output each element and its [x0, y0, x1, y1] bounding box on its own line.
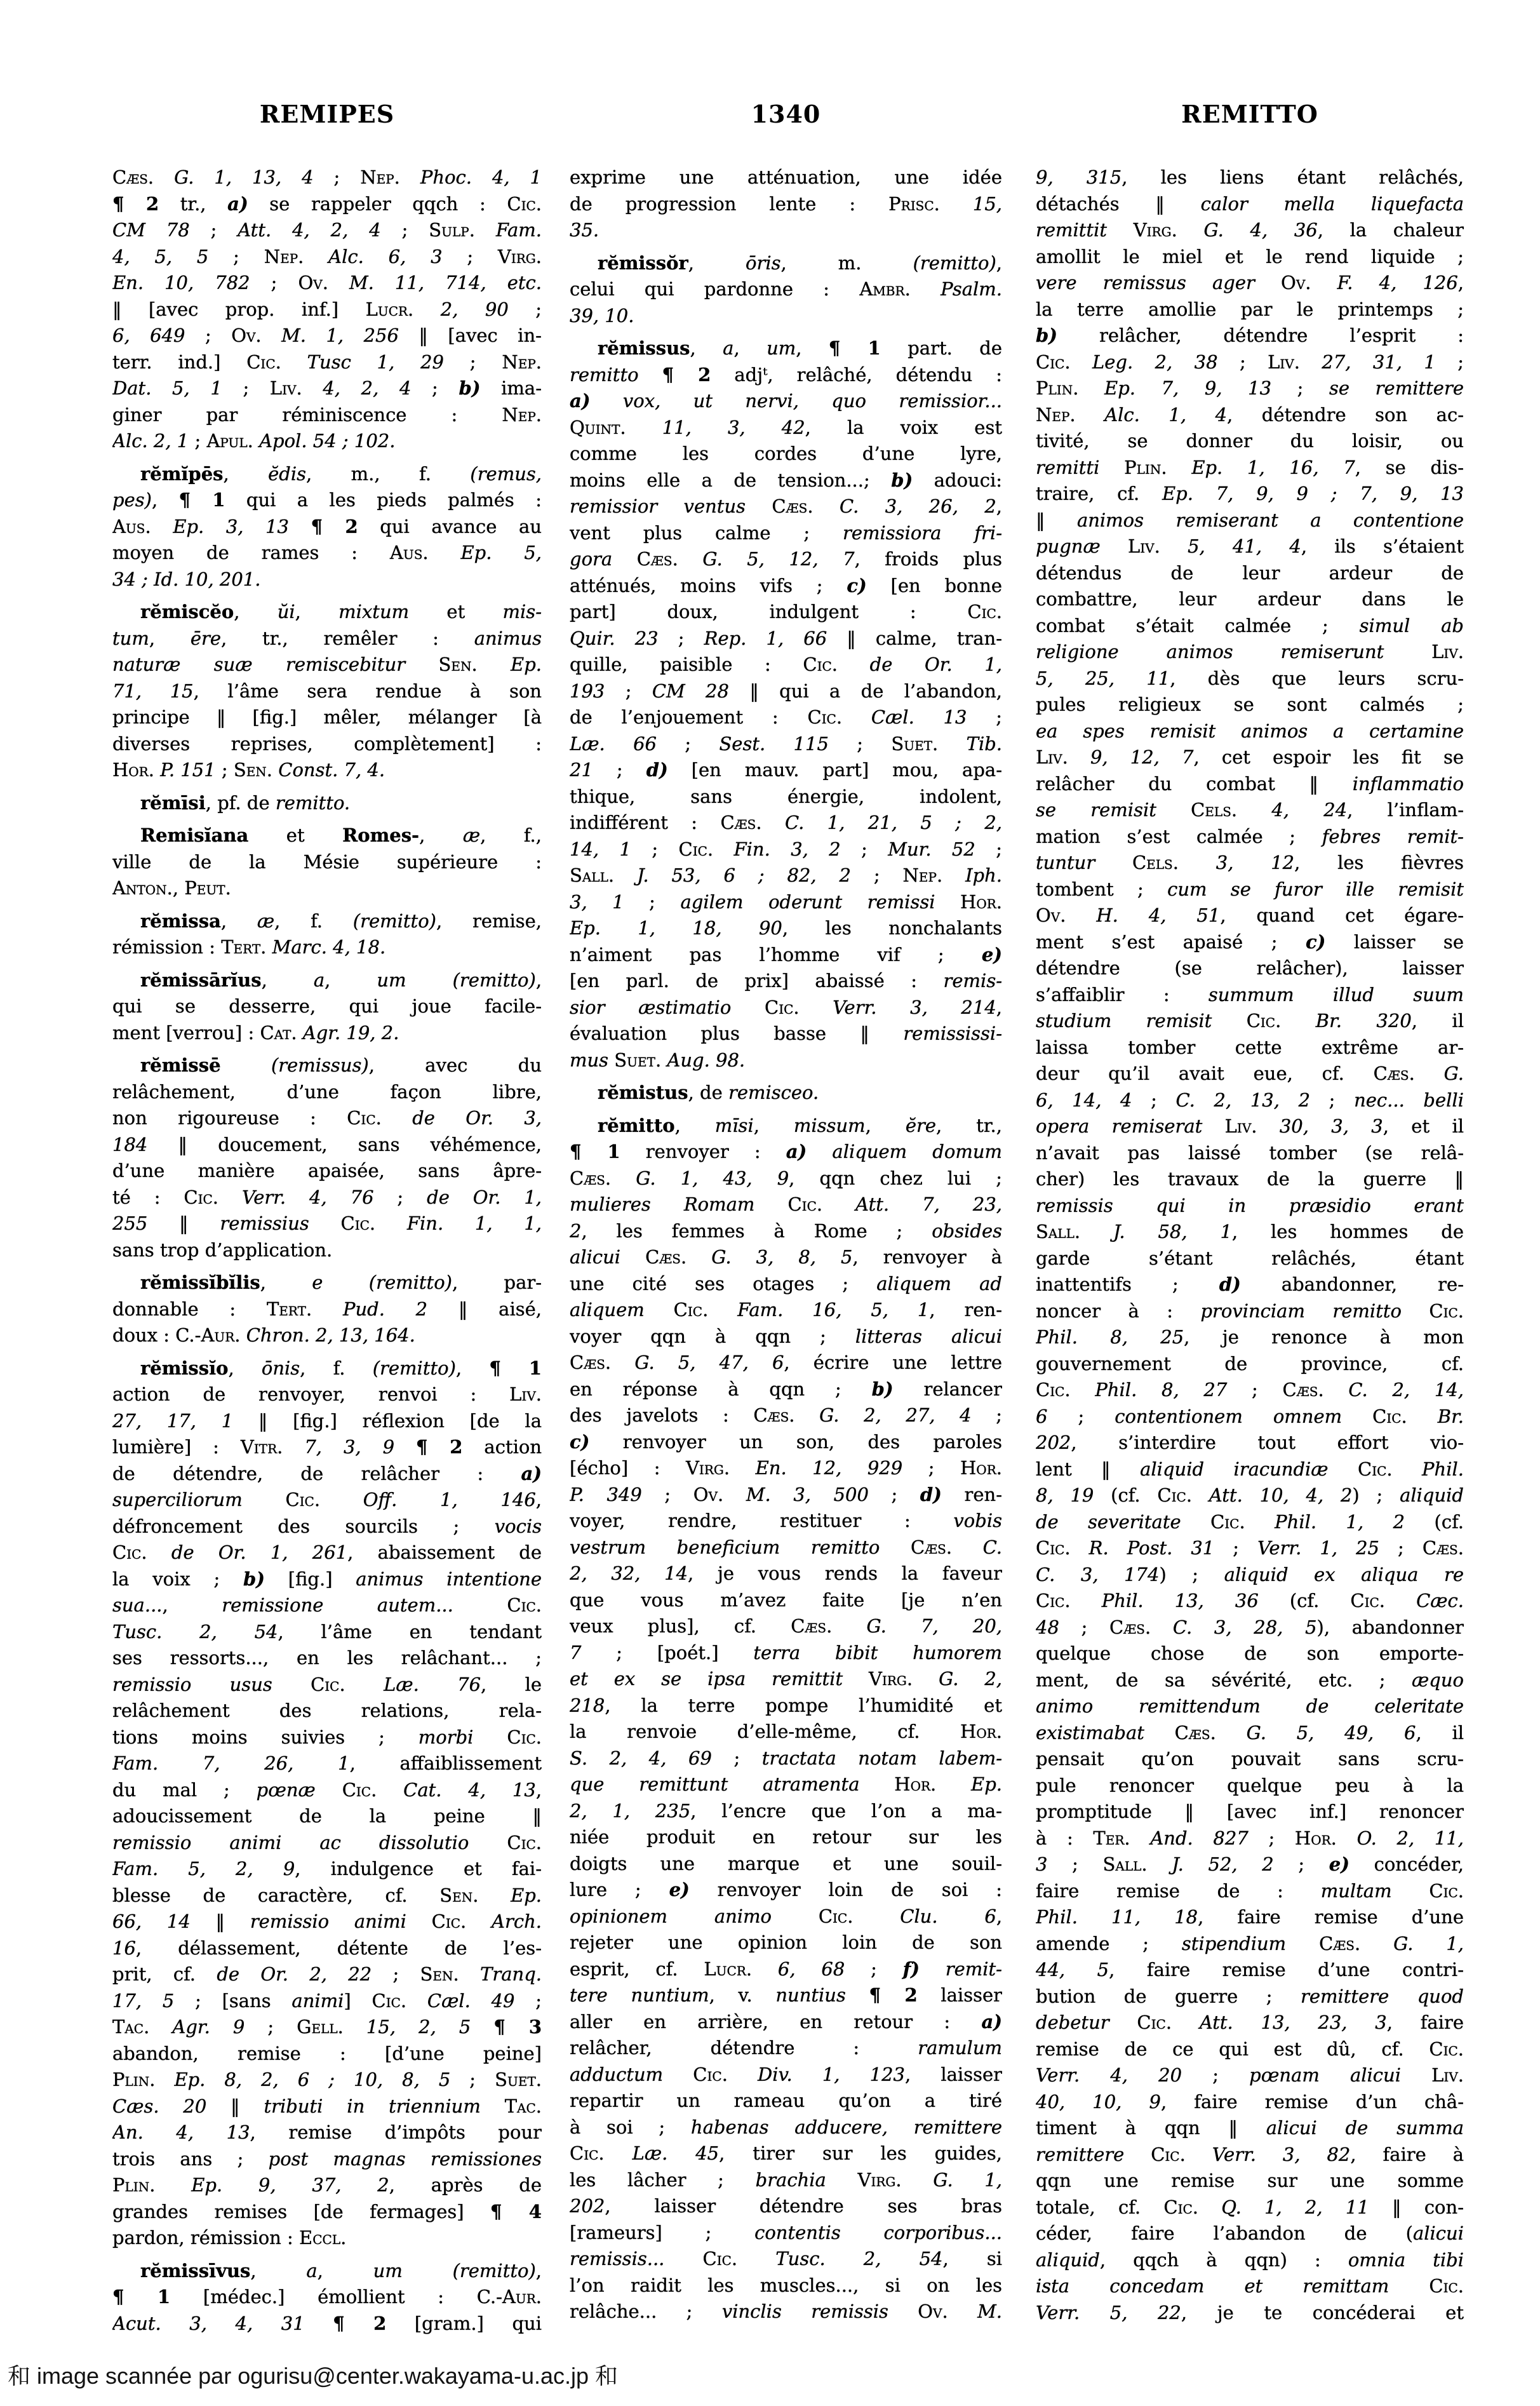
text-run: ;: [593, 759, 646, 781]
dictionary-entry: rĕmitto, mīsi, missum, ĕre, tr.,¶ 1 renv…: [570, 1113, 1002, 2325]
text-run: ,: [173, 877, 184, 899]
text-run: , m., f.: [306, 463, 470, 485]
entry-line: tombent ; cum se furor ille remisit: [1036, 877, 1464, 903]
text-run: [1237, 799, 1271, 821]
bold-text-run: Romes-: [342, 824, 419, 846]
entry-line: c) renvoyer un son, des paroles: [570, 1429, 1002, 1456]
italic-text-run: que remittunt atramenta: [570, 1773, 859, 1795]
italic-text-run: Fam.: [496, 219, 542, 241]
bold-text-run: rĕmissŏr: [598, 252, 688, 274]
entry-line: part] doux, indulgent : Cic.: [570, 599, 1002, 626]
entry-line: une cité ses otages ; aliquem ad: [570, 1271, 1002, 1298]
text-run: ,: [260, 1272, 312, 1293]
text-run: , je vous rends la faveur: [688, 1563, 1002, 1584]
entry-line: timent à qqn ‖ alicui de summa: [1036, 2115, 1464, 2142]
text-run: [605, 2142, 633, 2164]
dictionary-entry: Cæs. G. 1, 13, 4 ; Nep. Phoc. 4, 1¶ 2 tr…: [112, 165, 542, 455]
text-run: pardon, rémission :: [112, 2227, 299, 2248]
text-run: l’on raidit les muscles..., si on les: [570, 2275, 1002, 2296]
text-run: [155, 2174, 191, 2196]
italic-text-run: æ: [463, 824, 480, 846]
text-run: totale, cf.: [1036, 2196, 1163, 2218]
text-run: [406, 969, 453, 991]
text-run: [948, 2301, 977, 2322]
entry-line: pule renoncer quelque peu à la: [1036, 1773, 1464, 1799]
author-abbreviation: Cels.: [1191, 799, 1237, 821]
text-run: ;: [1271, 377, 1329, 399]
text-run: ,: [996, 997, 1002, 1018]
entry-line: 6, 649 ; Ov. M. 1, 256 ‖ [avec in-: [112, 323, 542, 349]
entry-line: de détendre, de relâcher : a): [112, 1461, 542, 1488]
italic-text-run: Att. 7, 23,: [855, 1193, 1002, 1215]
text-run: céder, faire l’abandon de (: [1036, 2222, 1413, 2244]
text-run: [1095, 852, 1132, 873]
left-guide-word: REMIPES: [112, 99, 542, 130]
entry-line: remissis qui in præsidio erant: [1036, 1193, 1464, 1220]
entry-line: remitto ¶ 2 adjᵗ, relâché, détendu :: [570, 362, 1002, 389]
italic-text-run: Tranq.: [480, 1963, 542, 1985]
text-column-3: 9, 315, les liens étant relâchés,détaché…: [1036, 165, 1464, 2326]
text-run: [846, 1984, 869, 2006]
italic-text-run: Cæl. 13: [871, 706, 967, 728]
italic-text-run: Verr. 4, 20: [1036, 2064, 1182, 2086]
text-run: [344, 2016, 366, 2038]
italic-text-run: 27, 31, 1: [1322, 351, 1435, 373]
text-run: action de renvoyer, renvoi :: [112, 1383, 509, 1405]
author-abbreviation: Tert.: [267, 1298, 312, 1320]
text-run: inattentifs ;: [1036, 1274, 1219, 1295]
text-run: , les liens étant relâchés,: [1122, 166, 1464, 188]
author-abbreviation: Cat.: [260, 1022, 297, 1044]
entry-line: ville de la Mésie supérieure :: [112, 849, 542, 876]
italic-text-run: remittere: [1036, 2144, 1124, 2165]
text-run: ;: [444, 351, 502, 373]
text-run: ;: [972, 1404, 1002, 1426]
text-run: [1177, 219, 1204, 241]
text-run: [853, 1905, 900, 1927]
entry-line: relâcher du combat ‖ inflammatio: [1036, 771, 1464, 798]
italic-text-run: remittere quod: [1301, 1986, 1464, 2007]
entry-line: 2, 1, 235, l’encre que l’on a ma-: [570, 1798, 1002, 1825]
text-run: part] doux, indulgent :: [570, 601, 967, 622]
italic-text-run: se remisit: [1036, 799, 1156, 821]
entry-line: 9, 315, les liens étant relâchés,: [1036, 165, 1464, 191]
italic-text-run: naturæ suæ remiscebitur: [112, 654, 405, 675]
italic-text-run: ŭi: [278, 601, 295, 622]
entry-line: 2, les femmes à Rome ; obsides: [570, 1218, 1002, 1245]
text-run: ,: [295, 601, 339, 622]
text-run: [661, 1049, 667, 1071]
italic-text-run: um: [377, 969, 406, 991]
text-run: ;: [1047, 1406, 1115, 1427]
text-run: , affaiblissement: [350, 1752, 542, 1774]
text-run: , écrire une lettre: [784, 1352, 1002, 1373]
text-run: [309, 1213, 341, 1234]
italic-text-run: G. 2, 27, 4: [819, 1404, 971, 1426]
text-run: ;: [624, 891, 681, 913]
text-run: ;: [1274, 1853, 1329, 1875]
text-run: , les hommes de: [1232, 1221, 1464, 1242]
entry-line: veux plus], cf. Cæs. G. 7, 20,: [570, 1613, 1002, 1640]
text-run: [151, 516, 173, 537]
text-run: , les nonchalants: [782, 917, 1002, 939]
author-abbreviation: Cic.: [819, 1905, 854, 1927]
entry-headword-line: rĕmiscĕo, ŭi, mixtum et mis-: [112, 599, 542, 626]
entry-line: tuntur Cels. 3, 12, les fièvres: [1036, 850, 1464, 877]
text-run: [155, 2069, 174, 2090]
text-run: voyer qqn à qqn ;: [570, 1326, 855, 1347]
italic-text-run: Ep.: [511, 654, 542, 675]
entry-line: trois ans ; post magnas remissiones: [112, 2146, 542, 2173]
bold-text-run: ¶ 2: [662, 364, 711, 386]
italic-text-run: remisceo.: [728, 1082, 819, 1103]
bold-text-run: rĕmĭpēs: [140, 463, 224, 485]
entry-line: niée produit en retour sur les: [570, 1824, 1002, 1851]
text-run: [1160, 535, 1188, 557]
author-abbreviation: Nep.: [1036, 404, 1076, 426]
text-run: , après de: [389, 2174, 542, 2196]
text-run: ,: [536, 1489, 542, 1510]
text-run: ,: [866, 1115, 906, 1136]
dictionary-entry: rĕmissĭo, ōnis, f. (remitto), ¶ 1action …: [112, 1355, 542, 2252]
text-run: exprime une atténuation, une idée: [570, 166, 1002, 188]
entry-line: du mal ; pœnæ Cic. Cat. 4, 13,: [112, 1777, 542, 1804]
entry-line: donnable : Tert. Pud. 2 ‖ aisé,: [112, 1296, 542, 1323]
entry-line: opera remiserat Liv. 30, 3, 3, et il: [1036, 1113, 1464, 1140]
entry-headword-line: rĕmistus, de remisceo.: [570, 1080, 1002, 1106]
italic-text-run: Att. 13, 23, 3: [1200, 2012, 1387, 2033]
author-abbreviation: Nep.: [360, 166, 400, 188]
text-run: [838, 654, 870, 675]
text-run: [762, 812, 785, 833]
italic-text-run: Acut. 3, 4, 31: [112, 2313, 305, 2334]
author-abbreviation: Cæs.: [772, 495, 813, 517]
text-run: qui a les pieds palmés :: [225, 489, 542, 511]
entry-line: Dat. 5, 1 ; Liv. 4, 2, 4 ; b) ima-: [112, 375, 542, 402]
text-run: [1148, 1853, 1172, 1875]
text-run: ,: [456, 1357, 489, 1379]
italic-text-run: 71, 15: [112, 680, 194, 702]
italic-text-run: And. 827: [1150, 1827, 1248, 1849]
entry-line: tions moins suivies ; morbi Cic.: [112, 1724, 542, 1751]
entry-line: 14, 1 ; Cic. Fin. 3, 2 ; Mur. 52 ;: [570, 837, 1002, 863]
text-run: , quand cet égare-: [1220, 904, 1464, 926]
author-abbreviation: Nep.: [502, 404, 542, 426]
text-run: ment [verrou] :: [112, 1022, 260, 1044]
text-run: , renvoyer à: [852, 1246, 1002, 1268]
text-run: , f.: [300, 1357, 373, 1379]
text-run: tivité, se donner du loisir, ou: [1036, 430, 1464, 452]
entry-line: ‖ [avec prop. inf.] Lucr. 2, 90 ;: [112, 297, 542, 323]
entry-line: ses ressorts..., en les relâchant... ;: [112, 1645, 542, 1672]
author-abbreviation: Cæs.: [645, 1246, 686, 1268]
bold-text-run: ¶ 2: [333, 2313, 386, 2334]
text-run: , faire remise d’une contri-: [1109, 1959, 1464, 1980]
text-run: , faire: [1387, 2012, 1464, 2033]
text-run: indifférent :: [570, 812, 720, 833]
italic-text-run: 27, 17, 1: [112, 1410, 233, 1432]
author-abbreviation: Cic.: [507, 1594, 542, 1616]
italic-text-run: 14, 1: [570, 838, 631, 860]
text-run: [1144, 1722, 1175, 1744]
text-run: [281, 351, 307, 373]
author-abbreviation: Hor.: [960, 891, 1002, 913]
text-run: pensait qu’on pouvait sans scru-: [1036, 1748, 1464, 1770]
italic-text-run: sior æstimatio: [570, 997, 731, 1018]
text-run: [1311, 272, 1337, 293]
author-abbreviation: Prisc.: [888, 193, 940, 215]
text-run: des javelots :: [570, 1404, 753, 1426]
entry-line: cher) les travaux de la guerre ‖: [1036, 1166, 1464, 1193]
italic-text-run: Phil. 1, 2: [1275, 1511, 1405, 1533]
text-run: [723, 1484, 746, 1505]
text-run: [429, 542, 461, 563]
entry-line: relâchement des relations, rela-: [112, 1698, 542, 1724]
italic-text-run: R. Post. 31: [1089, 1537, 1215, 1559]
entry-line: Alc. 2, 1 ; Apul. Apol. 54 ; 102.: [112, 428, 542, 455]
text-run: , remise,: [436, 910, 542, 932]
text-run: ses ressorts..., en les relâchant... ;: [112, 1647, 542, 1669]
text-run: [1342, 1406, 1372, 1427]
italic-text-run: Cæl. 49: [427, 1990, 515, 2012]
text-run: [469, 1832, 507, 1853]
author-abbreviation: Hor.: [1295, 1827, 1337, 1849]
italic-text-run: 4, 24: [1271, 799, 1347, 821]
text-run: [253, 430, 259, 452]
text-run: ,: [754, 1115, 794, 1136]
italic-text-run: 34 ; Id. 10, 201.: [112, 568, 260, 590]
entry-line: rémission : Tert. Marc. 4, 18.: [112, 934, 542, 961]
entry-line: 21 ; d) [en mauv. part] mou, apa-: [570, 757, 1002, 784]
bold-text-run: a): [570, 390, 591, 412]
italic-text-run: missum: [794, 1115, 866, 1136]
entry-line: tum, ēre, tr., remêler : animus: [112, 626, 542, 652]
entry-line: 255 ‖ remissius Cic. Fin. 1, 1,: [112, 1211, 542, 1237]
entry-line: Cic. de Or. 1, 261, abaissement de: [112, 1540, 542, 1566]
author-abbreviation: Cic.: [1372, 1406, 1407, 1427]
text-run: qqn une remise sur une somme: [1036, 2170, 1464, 2191]
entry-headword-line: rĕmitto, mīsi, missum, ĕre, tr.,: [570, 1113, 1002, 1139]
entry-line: mus Suet. Aug. 98.: [570, 1047, 1002, 1074]
text-run: [473, 1726, 507, 1748]
entry-line: blesse de caractère, cf. Sen. Ep.: [112, 1883, 542, 1909]
text-run: de détendre, de relâcher :: [112, 1463, 521, 1484]
italic-text-run: (remitto): [353, 910, 436, 932]
text-run: , et il: [1383, 1115, 1464, 1137]
author-abbreviation: Liv.: [270, 377, 302, 399]
text-run: détendus de leur ardeur de: [1036, 562, 1464, 584]
text-run: [221, 1054, 271, 1076]
text-run: [842, 706, 871, 728]
italic-text-run: C. 3, 26, 2: [840, 495, 996, 517]
entry-line: té : Cic. Verr. 4, 76 ; de Or. 1,: [112, 1185, 542, 1211]
text-run: moins elle a de tension...;: [570, 469, 891, 491]
text-run: , si: [943, 2248, 1003, 2269]
bold-text-run: d): [920, 1484, 942, 1505]
entry-line: opinionem animo Cic. Clu. 6,: [570, 1904, 1002, 1930]
text-run: principe ‖ [fig.] mêler, mélanger [à: [112, 706, 542, 728]
text-run: , indulgence et fai-: [295, 1858, 542, 1879]
text-run: ;: [1227, 1379, 1282, 1401]
text-run: [880, 1536, 911, 1558]
author-abbreviation: Cic.: [1429, 1880, 1464, 1902]
text-run: les lâcher ;: [570, 2169, 756, 2191]
italic-text-run: calor mella liquefacta: [1201, 193, 1464, 215]
entry-line: ‖ animos remiserant a contentione: [1036, 507, 1464, 534]
italic-text-run: G.: [1444, 1063, 1464, 1084]
author-abbreviation: Nep.: [903, 864, 943, 886]
entry-line: Nep. Alc. 1, 4, détendre son ac-: [1036, 402, 1464, 429]
text-run: [262, 325, 281, 346]
text-run: atténués, moins vifs ;: [570, 575, 847, 596]
text-run: [713, 838, 733, 860]
author-abbreviation: Sen.: [234, 759, 272, 781]
italic-text-run: 11, 3, 42: [662, 417, 805, 438]
italic-text-run: animus intentione: [356, 1568, 542, 1590]
entry-line: relâche... ; vinclis remissis Ov. M.: [570, 2299, 1002, 2325]
text-run: , laisser: [905, 2064, 1002, 2085]
text-run: la renvoie d’elle-même, cf.: [570, 1721, 960, 1742]
bold-text-run: e): [1329, 1853, 1349, 1875]
text-run: [1402, 1300, 1429, 1322]
entry-headword-line: rĕmissē (remissus), avec du: [112, 1052, 542, 1079]
italic-text-run: Alc. 2, 1: [112, 430, 189, 452]
text-run: n’avait pas laissé tomber (se relâ-: [1036, 1142, 1464, 1164]
text-run: aller en arrière, en retour :: [570, 2011, 981, 2033]
text-run: [305, 2313, 333, 2334]
text-run: ,: [318, 2260, 373, 2282]
italic-text-run: P. 349: [570, 1484, 642, 1505]
italic-text-run: Cæs. 20: [112, 2095, 206, 2117]
text-run: doigts une marque et une souil-: [570, 1853, 1002, 1874]
page-number: 1340: [570, 99, 1002, 130]
text-run: [708, 1299, 737, 1321]
entry-line: des javelots : Cæs. G. 2, 27, 4 ;: [570, 1402, 1002, 1429]
text-run: , le: [481, 1674, 542, 1695]
text-run: mation s’est calmée ;: [1036, 826, 1322, 847]
dictionary-page: REMIPES 1340 REMITTO Cæs. G. 1, 13, 4 ; …: [0, 0, 1540, 2406]
italic-text-run: æquo: [1412, 1669, 1464, 1691]
entry-line: combattre, leur ardeur dans le: [1036, 586, 1464, 613]
italic-text-run: 21: [570, 759, 593, 781]
text-run: , ils s’étaient: [1301, 535, 1464, 557]
entry-line: 39, 10.: [570, 303, 1002, 330]
text-run: ;: [450, 2069, 495, 2090]
text-run: [218, 1186, 242, 1208]
italic-text-run: remissio animi: [250, 1911, 406, 1932]
entry-line: ¶ 1 [médec.] émollient : C.-Aur.: [112, 2284, 542, 2311]
author-abbreviation: Liv.: [1128, 535, 1160, 557]
text-run: , par-: [452, 1272, 542, 1293]
text-run: ,: [228, 1357, 261, 1379]
author-abbreviation: Ov.: [1036, 904, 1066, 926]
italic-text-run: 184: [112, 1134, 147, 1155]
entry-line: remissis... Cic. Tusc. 2, 54, si: [570, 2246, 1002, 2273]
entry-line: relâcher, détendre : ramulum: [570, 2035, 1002, 2062]
entry-line: Verr. 5, 22, je te concéderai et: [1036, 2300, 1464, 2327]
text-run: ;: [1310, 1089, 1354, 1111]
entry-line: aliquem Cic. Fam. 16, 5, 1, ren-: [570, 1297, 1002, 1324]
italic-text-run: Div. 1, 123: [758, 2064, 905, 2085]
text-run: ;: [514, 1990, 542, 2012]
entry-line: celui qui pardonne : Ambr. Psalm.: [570, 276, 1002, 303]
bold-text-run: f): [903, 1958, 920, 1980]
entry-line: Acut. 3, 4, 31 ¶ 2 [gram.] qui: [112, 2311, 542, 2337]
entry-line: sior æstimatio Cic. Verr. 3, 214,: [570, 995, 1002, 1021]
italic-text-run: pes): [112, 489, 152, 511]
text-run: ;: [372, 1963, 420, 1985]
italic-text-run: J. 52, 2: [1172, 1853, 1273, 1875]
author-abbreviation: Nep.: [502, 351, 542, 373]
bold-text-run: rĕmīsi: [140, 792, 206, 814]
entry-line: Phil. 8, 25, je renonce à mon: [1036, 1324, 1464, 1351]
italic-text-run: Att. 4, 2, 4: [238, 219, 380, 241]
text-run: [1281, 1010, 1315, 1032]
text-run: [746, 495, 772, 517]
author-abbreviation: Cic.: [342, 1779, 377, 1801]
entry-line: totale, cf. Cic. Q. 1, 2, 11 ‖ con-: [1036, 2194, 1464, 2221]
italic-text-run: mulieres Romam: [570, 1193, 754, 1215]
text-run: [826, 2169, 858, 2191]
bold-text-run: b): [243, 1568, 265, 1590]
dictionary-entry: exprime une atténuation, une idéede prog…: [570, 165, 1002, 244]
author-abbreviation: Cic.: [1429, 1300, 1464, 1322]
entry-headword-line: rĕmissīvus, a, um (remitto),: [112, 2258, 542, 2285]
entry-line: ment [verrou] : Cat. Agr. 19, 2.: [112, 1020, 542, 1047]
entry-line: En. 10, 782 ; Ov. M. 11, 714, etc.: [112, 270, 542, 297]
text-run: abandonner, re-: [1241, 1274, 1464, 1295]
italic-text-run: Marc. 4, 18.: [272, 936, 386, 958]
italic-text-run: Ep. 7, 9, 13: [1104, 377, 1271, 399]
text-run: ;: [712, 1747, 762, 1769]
entry-line: esprit, cf. Lucr. 6, 68 ; f) remit-: [570, 1956, 1002, 1983]
entry-line: en réponse à qqn ; b) relancer: [570, 1376, 1002, 1403]
text-run: , les fièvres: [1294, 852, 1464, 873]
text-run: [1360, 1933, 1393, 1954]
text-run: [149, 2016, 172, 2038]
entry-headword-line: rĕmissus, a, um, ¶ 1 part. de: [570, 335, 1002, 362]
text-run: ,: [221, 910, 257, 932]
text-run: [591, 390, 623, 412]
entry-line: se remisit Cels. 4, 24, l’inflam-: [1036, 797, 1464, 824]
text-run: [1071, 1590, 1102, 1611]
text-run: ,: [675, 1115, 715, 1136]
italic-text-run: habenas adducere, remittere: [691, 2116, 1002, 2138]
author-abbreviation: Virg.: [858, 2169, 902, 2191]
text-run: , les femmes à Rome ;: [581, 1220, 932, 1242]
entry-line: 27, 17, 1 ‖ [fig.] réflexion [de la: [112, 1408, 542, 1435]
text-run: , qqn chez lui ;: [789, 1167, 1002, 1189]
entry-line: pules religieux se sont calmés ;: [1036, 692, 1464, 718]
italic-text-run: æ: [257, 910, 274, 932]
author-abbreviation: Cic.: [570, 2142, 605, 2164]
text-run: ;: [1182, 2064, 1249, 2086]
author-abbreviation: Hor.: [112, 759, 154, 781]
entry-line: céder, faire l’abandon de (alicui: [1036, 2221, 1464, 2247]
italic-text-run: remissior ventus: [570, 495, 746, 517]
text-run: laisser: [918, 1984, 1002, 2006]
italic-text-run: Arch.: [492, 1911, 542, 1932]
italic-text-run: de Or. 1,: [427, 1186, 542, 1208]
text-run: comme les cordes d’une lyre,: [570, 443, 1002, 464]
text-run: ‖ con-: [1369, 2196, 1464, 2218]
text-run: ,: [996, 252, 1002, 274]
author-abbreviation: Cic.: [1210, 1511, 1245, 1533]
italic-text-run: 2: [570, 1220, 581, 1242]
text-run: ;: [1218, 351, 1268, 373]
author-abbreviation: Aus.: [112, 516, 151, 537]
text-run: [1186, 2144, 1212, 2165]
